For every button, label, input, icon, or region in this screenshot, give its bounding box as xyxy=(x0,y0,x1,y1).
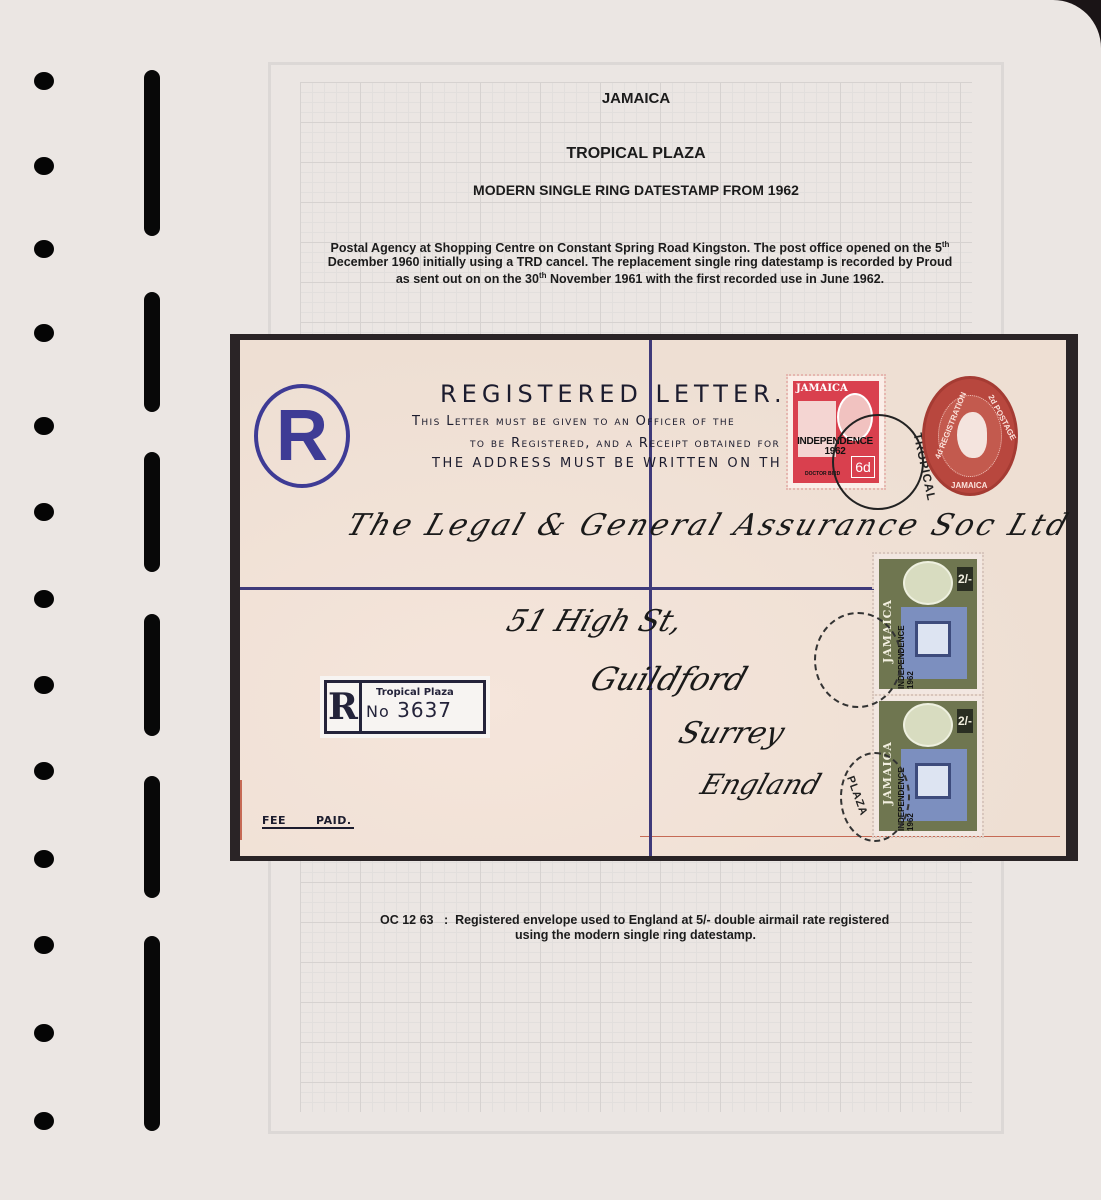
instruction-line: to be Registered, and a Receipt obtained… xyxy=(470,436,780,451)
registration-office: Tropical Plaza xyxy=(366,683,483,698)
binder-hole xyxy=(34,72,54,90)
binder-hole xyxy=(34,936,54,954)
registered-envelope: R REGISTERED LETTER. This Letter must be… xyxy=(240,340,1066,856)
binder-hole xyxy=(34,850,54,868)
page-title: TROPICAL PLAZA xyxy=(268,145,1004,163)
address-line: Surrey xyxy=(674,716,789,751)
binder-slot xyxy=(144,70,160,236)
binder-hole xyxy=(34,324,54,342)
registration-r-icon: R xyxy=(327,683,362,731)
instruction-line: THE ADDRESS MUST BE WRITTEN ON TH xyxy=(432,456,782,471)
registration-number: No 3637 xyxy=(366,698,483,722)
address-line: Guildford xyxy=(586,660,752,698)
intro-text: Postal Agency at Shopping Centre on Cons… xyxy=(310,238,970,286)
registered-letter-heading: REGISTERED LETTER. xyxy=(440,380,787,408)
binder-hole xyxy=(34,676,54,694)
binder-hole xyxy=(34,1112,54,1130)
envelope-horizontal-line xyxy=(240,587,880,590)
binder-hole xyxy=(34,417,54,435)
binder-slot xyxy=(144,452,160,572)
instruction-line: This Letter must be given to an Officer … xyxy=(412,414,735,429)
tropical-plaza-cancel xyxy=(832,414,924,510)
binder-hole xyxy=(34,157,54,175)
binder-slot xyxy=(144,614,160,736)
address-line: The Legal & General Assurance Soc Ltd xyxy=(342,508,1075,543)
fee-paid-text: FEEPAID. xyxy=(262,814,354,829)
binder-hole xyxy=(34,240,54,258)
queen-profile-icon xyxy=(957,412,987,458)
embossed-indicia: 4d REGISTRATION 2d POSTAGE JAMAICA xyxy=(922,376,1018,496)
binder-hole xyxy=(34,590,54,608)
binder-slot xyxy=(144,292,160,412)
binder-slot xyxy=(144,776,160,898)
queen-portrait-icon xyxy=(903,561,953,605)
address-line: 51 High St, xyxy=(502,604,687,639)
registration-label: R Tropical Plaza No 3637 xyxy=(320,676,490,738)
page-country: JAMAICA xyxy=(268,90,1004,107)
binder-hole xyxy=(34,503,54,521)
registered-r-icon: R xyxy=(254,384,350,488)
binder-slot xyxy=(144,936,160,1131)
cancel-mark xyxy=(814,612,902,708)
queen-portrait-icon xyxy=(903,703,953,747)
address-line: England xyxy=(697,768,826,801)
item-caption: OC 12 63 : Registered envelope used to E… xyxy=(380,913,980,943)
binder-hole xyxy=(34,1024,54,1042)
page-subtitle: MODERN SINGLE RING DATESTAMP FROM 1962 xyxy=(268,182,1004,198)
binder-hole xyxy=(34,762,54,780)
